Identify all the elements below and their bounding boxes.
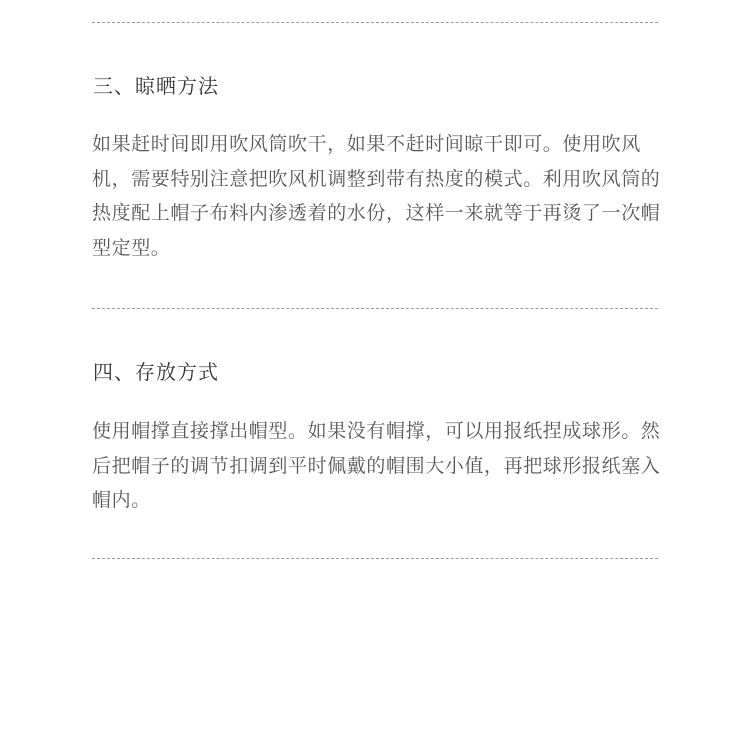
section-divider-top: [92, 22, 658, 23]
section-heading-storage: 四、存放方式: [93, 358, 219, 386]
section-divider-middle: [92, 308, 658, 309]
section-heading-drying: 三、晾晒方法: [93, 72, 219, 100]
section-paragraph-drying: 如果赶时间即用吹风筒吹干，如果不赶时间晾干即可。使用吹风机，需要特别注意把吹风机…: [92, 127, 662, 265]
section-divider-bottom: [92, 558, 658, 559]
section-paragraph-storage: 使用帽撑直接撑出帽型。如果没有帽撑，可以用报纸捏成球形。然后把帽子的调节扣调到平…: [92, 414, 662, 518]
